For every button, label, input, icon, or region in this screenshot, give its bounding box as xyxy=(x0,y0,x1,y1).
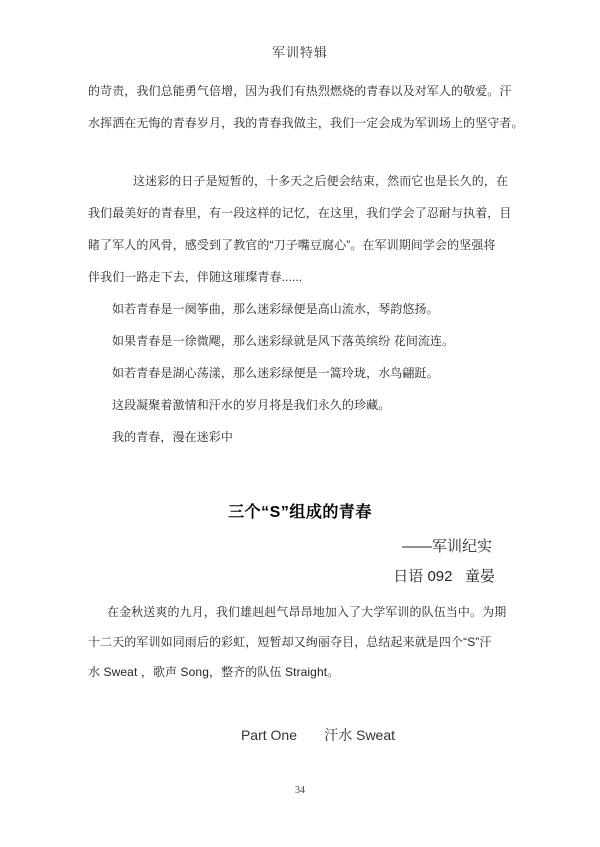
body-line: 十二天的军训如同雨后的彩虹，短暂却又绚丽夺目，总结起来就是四个“S”汗 xyxy=(88,627,512,657)
paragraph-continuation: 的苛责，我们总能勇气倍增，因为我们有热烈燃烧的青春以及对军人的敬爱。汗 水挥洒在… xyxy=(88,75,512,139)
document-page: 军训特辑 的苛责，我们总能勇气倍增，因为我们有热烈燃烧的青春以及对军人的敬爱。汗… xyxy=(0,0,600,847)
body-line: 的苛责，我们总能勇气倍增，因为我们有热烈燃烧的青春以及对军人的敬爱。汗 xyxy=(88,75,512,107)
article-title: 三个“S”组成的青春 xyxy=(88,497,512,529)
paragraph-memory: 这迷彩的日子是短暂的，十多天之后便会结束，然而它也是长久的，在 我们最美好的青春… xyxy=(88,165,512,293)
body-line: 我们最美好的青春里，有一段这样的记忆，在这里，我们学会了忍耐与执着，目 xyxy=(88,197,512,229)
body-line: 水 Sweat ，歌声 Song，整齐的队伍 Straight。 xyxy=(88,657,512,687)
section-heading: Part One 汗水 Sweat xyxy=(88,719,512,751)
poem-line: 我的青春，漫在迷彩中 xyxy=(88,421,512,453)
body-line: 这迷彩的日子是短暂的，十多天之后便会结束，然而它也是长久的，在 xyxy=(88,165,512,197)
body-line: 在金秋送爽的九月，我们雄赳赳气昂昂地加入了大学军训的队伍当中。为期 xyxy=(88,597,512,627)
body-line: 伴我们一路走下去，伴随这璀璨青春...... xyxy=(88,261,512,293)
poem-section: 如若青春是一阕筝曲，那么迷彩绿便是高山流水，琴韵悠扬。 如果青春是一徐微飔，那么… xyxy=(88,293,512,453)
poem-line: 如果青春是一徐微飔，那么迷彩绿就是风下落英缤纷 花间流连。 xyxy=(88,325,512,357)
page-header: 军训特辑 xyxy=(0,37,600,69)
page-number: 34 xyxy=(0,775,600,807)
article-subtitle: ——军训纪实 xyxy=(88,531,492,563)
poem-line: 如若青春是湖心荡漾，那么迷彩绿便是一篙玲珑，水鸟翩跹。 xyxy=(88,357,512,389)
poem-line: 这段凝聚着激情和汗水的岁月将是我们永久的珍藏。 xyxy=(88,389,512,421)
body-line: 水挥洒在无悔的青春岁月，我的青春我做主，我们一定会成为军训场上的坚守者。 xyxy=(88,107,512,139)
paragraph-autumn: 在金秋送爽的九月，我们雄赳赳气昂昂地加入了大学军训的队伍当中。为期 十二天的军训… xyxy=(88,597,512,687)
author-line: 日语 092 童晏 xyxy=(88,561,495,593)
poem-line: 如若青春是一阕筝曲，那么迷彩绿便是高山流水，琴韵悠扬。 xyxy=(88,293,512,325)
body-line: 睹了军人的风骨，感受到了教官的“刀子嘴豆腐心”。在军训期间学会的坚强将 xyxy=(88,229,512,261)
